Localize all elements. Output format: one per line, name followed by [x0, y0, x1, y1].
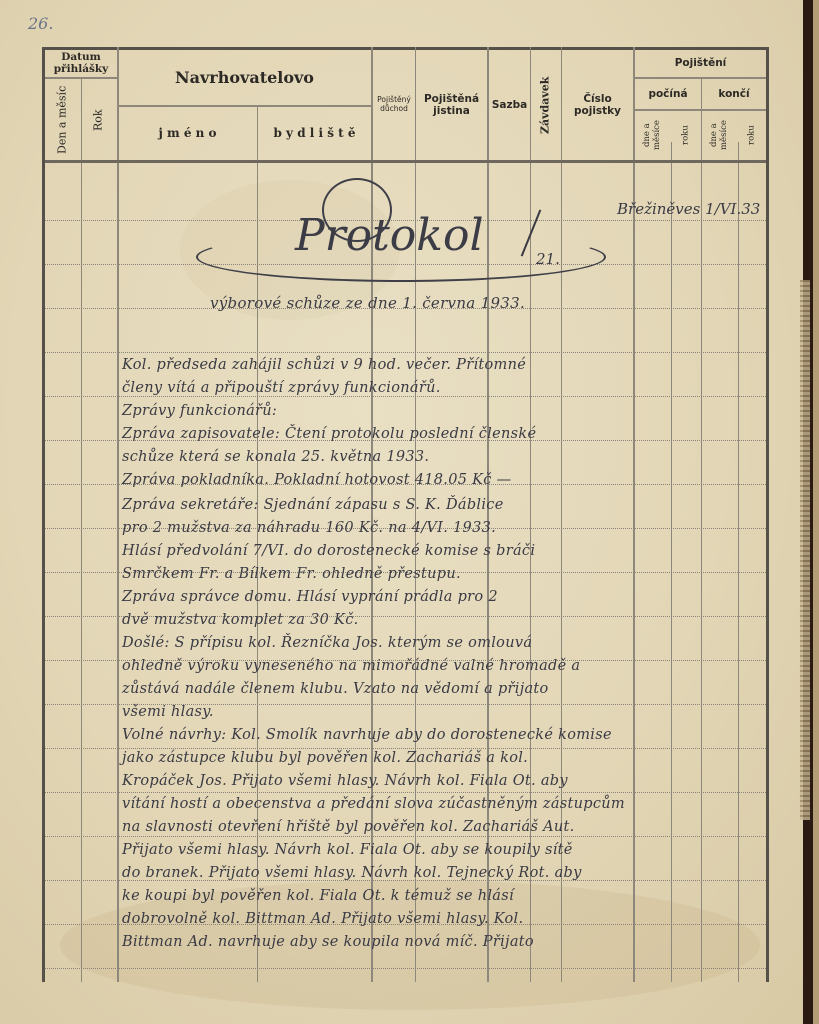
minutes-line: Zpráva správce domu. Hlásí vyprání prádl… — [122, 589, 498, 605]
header-konci: končí — [702, 79, 766, 109]
book-binding-edge — [813, 0, 819, 1024]
header-bydliste: b y d l i š t ě — [258, 107, 371, 160]
minutes-line: Přijato všemi hlasy. Návrh kol. Fiala Ot… — [122, 842, 573, 858]
header-roku-start: roku — [672, 111, 701, 160]
header-pojisteny-duchod: Pojištěný důchod — [373, 50, 415, 160]
minutes-line: Kol. předseda zahájil schůzi v 9 hod. ve… — [122, 357, 526, 373]
minutes-line: Volné návrhy: Kol. Smolík navrhuje aby d… — [122, 727, 612, 743]
minutes-line: Zpráva sekretáře: Sjednání zápasu s S. K… — [122, 497, 504, 513]
row-rule — [45, 748, 766, 749]
binding-tape — [800, 280, 810, 820]
minutes-line: ohledně výroku vyneseného na mimořádné v… — [122, 658, 580, 674]
row-rule — [45, 968, 766, 969]
header-pojistena-jistina: Pojištěná jistina — [416, 50, 487, 160]
form-border-left — [42, 47, 45, 982]
col-line — [738, 142, 739, 982]
minutes-line: Zpráva zapisovatele: Čtení protokolu pos… — [122, 426, 536, 442]
row-rule — [45, 836, 766, 837]
minutes-line: Zpráva pokladníka. Pokladní hotovost 418… — [122, 472, 511, 488]
minutes-line: jako zástupce klubu byl pověřen kol. Zac… — [122, 750, 528, 766]
header-dne-a-mesice-end: dne a měsíce — [702, 111, 738, 160]
place-date: Břežiněves 1/VI.33 — [617, 200, 760, 218]
minutes-number: 21. — [536, 250, 560, 268]
row-rule — [45, 396, 766, 397]
header-datum-prihlasky: Datum přihlášky — [45, 49, 117, 77]
minutes-subtitle: výborové schůze ze dne 1. června 1933. — [210, 294, 525, 312]
minutes-line: Hlásí předvolání 7/VI. do dorostenecké k… — [122, 543, 535, 559]
minutes-line: všemi hlasy. — [122, 704, 214, 720]
minutes-line: členy vítá a připouští zprávy funkcionář… — [122, 380, 441, 396]
header-dne-a-mesice-start: dne a měsíce — [635, 111, 671, 160]
minutes-line: ke koupi byl pověřen kol. Fiala Ot. k té… — [122, 888, 514, 904]
header-zavdavek: Závdavek — [531, 50, 561, 160]
header-sazba: Sazba — [489, 50, 530, 160]
header-bottom-rule — [45, 160, 766, 163]
page-number: 26. — [28, 14, 53, 33]
minutes-line: do branek. Přijato všemi hlasy. Návrh ko… — [122, 865, 582, 881]
minutes-line: Smrčkem Fr. a Bílkem Fr. ohledně přestup… — [122, 566, 461, 582]
header-navrhovatelovo: Navrhovatelovo — [118, 51, 371, 105]
minutes-line: schůze která se konala 25. května 1933. — [122, 449, 429, 465]
col-line — [81, 77, 82, 982]
minutes-line: Bittman Ad. navrhuje aby se koupila nová… — [122, 934, 534, 950]
row-rule — [45, 792, 766, 793]
form-border-right — [766, 47, 769, 982]
minutes-title: Protokol — [295, 210, 484, 261]
header-roku-end: roku — [739, 111, 766, 160]
minutes-line: dobrovolně kol. Bittman Ad. Přijato všem… — [122, 911, 523, 927]
header-divider — [45, 77, 117, 79]
row-rule — [45, 352, 766, 353]
minutes-line: Došlé: S přípisu kol. Řezníčka Jos. kter… — [122, 635, 532, 651]
col-line — [117, 47, 119, 982]
minutes-line: na slavnosti otevření hřiště byl pověřen… — [122, 819, 575, 835]
minutes-line: zůstává nadále členem klubu. Vzato na vě… — [122, 681, 549, 697]
minutes-line: Kropáček Jos. Přijato všemi hlasy. Návrh… — [122, 773, 568, 789]
minutes-line: Zprávy funkcionářů: — [122, 403, 277, 419]
col-line — [671, 142, 672, 982]
header-cislo-pojistky: Číslo pojistky — [562, 50, 633, 160]
header-den-a-mesic: Den a měsíc — [46, 80, 80, 160]
minutes-line: pro 2 mužstva za náhradu 160 Kč. na 4/VI… — [122, 520, 496, 536]
header-rok: Rok — [82, 80, 116, 160]
minutes-line: vítání hostí a obecenstva a předání slov… — [122, 796, 625, 812]
header-pocina: počíná — [635, 79, 701, 109]
minutes-line: dvě mužstva komplet za 30 Kč. — [122, 612, 359, 628]
header-jmeno: j m é n o — [118, 107, 257, 160]
col-line — [633, 47, 635, 982]
header-pojisteni: Pojištění — [635, 50, 766, 77]
